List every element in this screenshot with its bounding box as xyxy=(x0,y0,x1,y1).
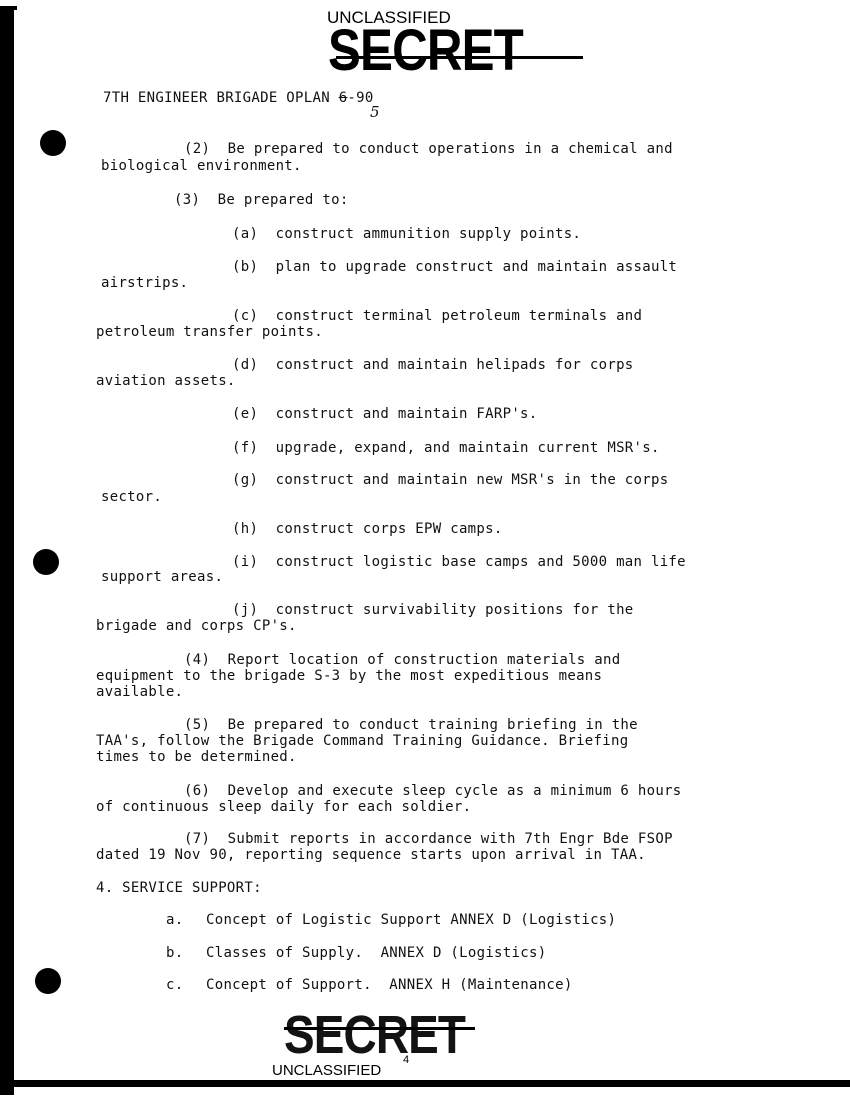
punch-hole-icon xyxy=(33,549,59,575)
para-3-line-1: (3) Be prepared to: xyxy=(174,192,349,208)
punch-hole-icon xyxy=(40,130,66,156)
para-3c-line-1: (c) construct terminal petroleum termina… xyxy=(232,308,642,324)
para-3e: (e) construct and maintain FARP's. xyxy=(232,406,538,422)
para-3g-line-1: (g) construct and maintain new MSR's in … xyxy=(232,472,668,488)
para-4-line-3: available. xyxy=(96,684,183,700)
section-4-item-b-letter: b. xyxy=(166,945,183,961)
secret-stamp-bottom: SECRET xyxy=(284,1008,465,1062)
section-4-heading: 4. SERVICE SUPPORT: xyxy=(96,880,262,896)
para-3h: (h) construct corps EPW camps. xyxy=(232,521,503,537)
punch-hole-icon xyxy=(35,968,61,994)
secret-stamp-top: SECRET xyxy=(328,22,523,80)
para-7-line-2: dated 19 Nov 90, reporting sequence star… xyxy=(96,847,646,863)
stamp-strikethrough xyxy=(284,1027,475,1030)
para-5-line-3: times to be determined. xyxy=(96,749,297,765)
para-3i-line-1: (i) construct logistic base camps and 50… xyxy=(232,554,686,570)
para-3j-line-2: brigade and corps CP's. xyxy=(96,618,297,634)
header-title: 7TH ENGINEER BRIGADE OPLAN xyxy=(103,90,339,106)
section-4-item-c-text: Concept of Support. ANNEX H (Maintenance… xyxy=(206,977,573,993)
para-2-line-2: biological environment. xyxy=(101,158,302,174)
para-4-line-1: (4) Report location of construction mate… xyxy=(184,652,620,668)
para-3i-line-2: support areas. xyxy=(101,569,223,585)
scan-border-left xyxy=(0,10,14,1095)
para-2-line-1: (2) Be prepared to conduct operations in… xyxy=(184,141,673,157)
scan-border-bottom xyxy=(6,1080,850,1087)
para-3c-line-2: petroleum transfer points. xyxy=(96,324,323,340)
document-header: 7TH ENGINEER BRIGADE OPLAN 6-90 xyxy=(103,90,374,106)
para-3b-line-2: airstrips. xyxy=(101,275,188,291)
para-3b-line-1: (b) plan to upgrade construct and mainta… xyxy=(232,259,677,275)
page-number: 4 xyxy=(403,1054,409,1066)
para-3a: (a) construct ammunition supply points. xyxy=(232,226,581,242)
classification-marking-bottom: UNCLASSIFIED xyxy=(272,1062,381,1079)
document-page: UNCLASSIFIED SECRET 7TH ENGINEER BRIGADE… xyxy=(0,0,850,1097)
para-3d-line-2: aviation assets. xyxy=(96,373,236,389)
para-6-line-1: (6) Develop and execute sleep cycle as a… xyxy=(184,783,682,799)
para-3d-line-1: (d) construct and maintain helipads for … xyxy=(232,357,634,373)
para-5-line-2: TAA's, follow the Brigade Command Traini… xyxy=(96,733,628,749)
para-3g-line-2: sector. xyxy=(101,489,162,505)
para-3f: (f) upgrade, expand, and maintain curren… xyxy=(232,440,660,456)
para-6-line-2: of continuous sleep daily for each soldi… xyxy=(96,799,471,815)
handwritten-correction: 5 xyxy=(370,103,380,121)
section-4-item-c-letter: c. xyxy=(166,977,183,993)
para-7-line-1: (7) Submit reports in accordance with 7t… xyxy=(184,831,673,847)
para-3j-line-1: (j) construct survivability positions fo… xyxy=(232,602,634,618)
stamp-strikethrough xyxy=(336,56,583,59)
section-4-item-b-text: Classes of Supply. ANNEX D (Logistics) xyxy=(206,945,546,961)
para-5-line-1: (5) Be prepared to conduct training brie… xyxy=(184,717,638,733)
section-4-item-a-letter: a. xyxy=(166,912,183,928)
section-4-item-a-text: Concept of Logistic Support ANNEX D (Log… xyxy=(206,912,616,928)
para-4-line-2: equipment to the brigade S-3 by the most… xyxy=(96,668,602,684)
